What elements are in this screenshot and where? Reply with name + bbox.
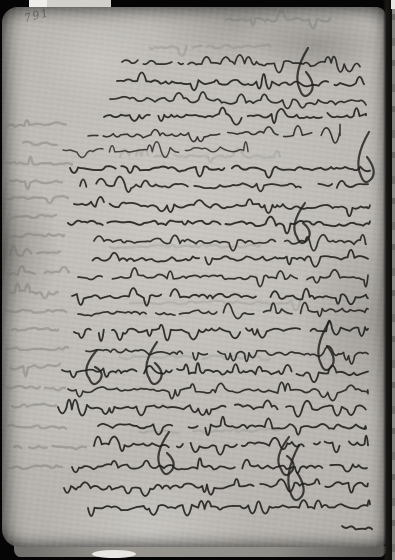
ink-text-line <box>93 250 369 267</box>
ink-text-line <box>74 197 370 216</box>
bleed-through-stroke <box>6 310 66 313</box>
ink-text-line <box>110 92 366 108</box>
bleed-through-stroke <box>6 234 64 237</box>
ink-text-line <box>68 217 370 234</box>
ink-text-line <box>72 458 368 473</box>
bleed-through-stroke <box>8 120 66 127</box>
bleed-through-stroke <box>6 157 72 165</box>
manuscript-scan: 791 <box>0 0 395 560</box>
ink-text-line <box>88 124 340 142</box>
ink-text-line <box>342 526 372 530</box>
bleed-through-stroke <box>14 446 86 449</box>
ink-flourish <box>358 132 373 182</box>
bleed-through-stroke <box>23 142 58 145</box>
facing-page-edge-top <box>391 0 395 9</box>
ink-text-line <box>117 72 364 90</box>
ink-text-line <box>58 400 368 417</box>
bleed-through-stroke <box>226 11 330 28</box>
ink-text-line <box>70 166 370 178</box>
bleed-through-stroke <box>110 245 260 249</box>
ink-flourish <box>146 342 161 384</box>
bleed-through-stroke <box>120 149 280 162</box>
ink-text-line <box>94 436 368 455</box>
bleed-through-stroke <box>10 180 62 189</box>
binding-shadow <box>383 0 392 560</box>
bleed-through-stroke <box>6 347 68 350</box>
ink-text-line <box>86 346 368 364</box>
bleed-through-stroke <box>10 246 60 256</box>
bleed-through-stroke <box>12 215 56 218</box>
ink-text-line <box>78 303 368 319</box>
bleed-through-stroke <box>12 328 58 331</box>
ink-flourish <box>297 48 312 96</box>
ink-text-line <box>122 55 360 73</box>
bleed-through-stroke <box>8 465 62 469</box>
ink-flourish <box>86 350 101 384</box>
bleed-through-stroke <box>5 266 69 274</box>
bleed-through-stroke <box>10 283 58 298</box>
bleed-through-stroke <box>5 386 65 390</box>
ink-flourish <box>158 432 173 474</box>
bleed-through-stroke <box>10 364 60 376</box>
handwriting-layer <box>0 0 395 560</box>
ink-text-line <box>72 288 368 306</box>
ink-text-line <box>104 108 366 125</box>
ink-text-line <box>64 479 368 496</box>
ink-text-line <box>88 500 370 516</box>
ink-text-line <box>80 177 368 193</box>
bleed-through-stroke <box>8 425 66 429</box>
bleed-through-stroke <box>6 196 68 203</box>
ink-text-line <box>68 382 368 400</box>
bleed-through-stroke <box>150 44 270 56</box>
bleed-through-stroke <box>12 404 56 408</box>
ink-text-line <box>98 417 366 435</box>
ink-text-line <box>78 268 368 287</box>
